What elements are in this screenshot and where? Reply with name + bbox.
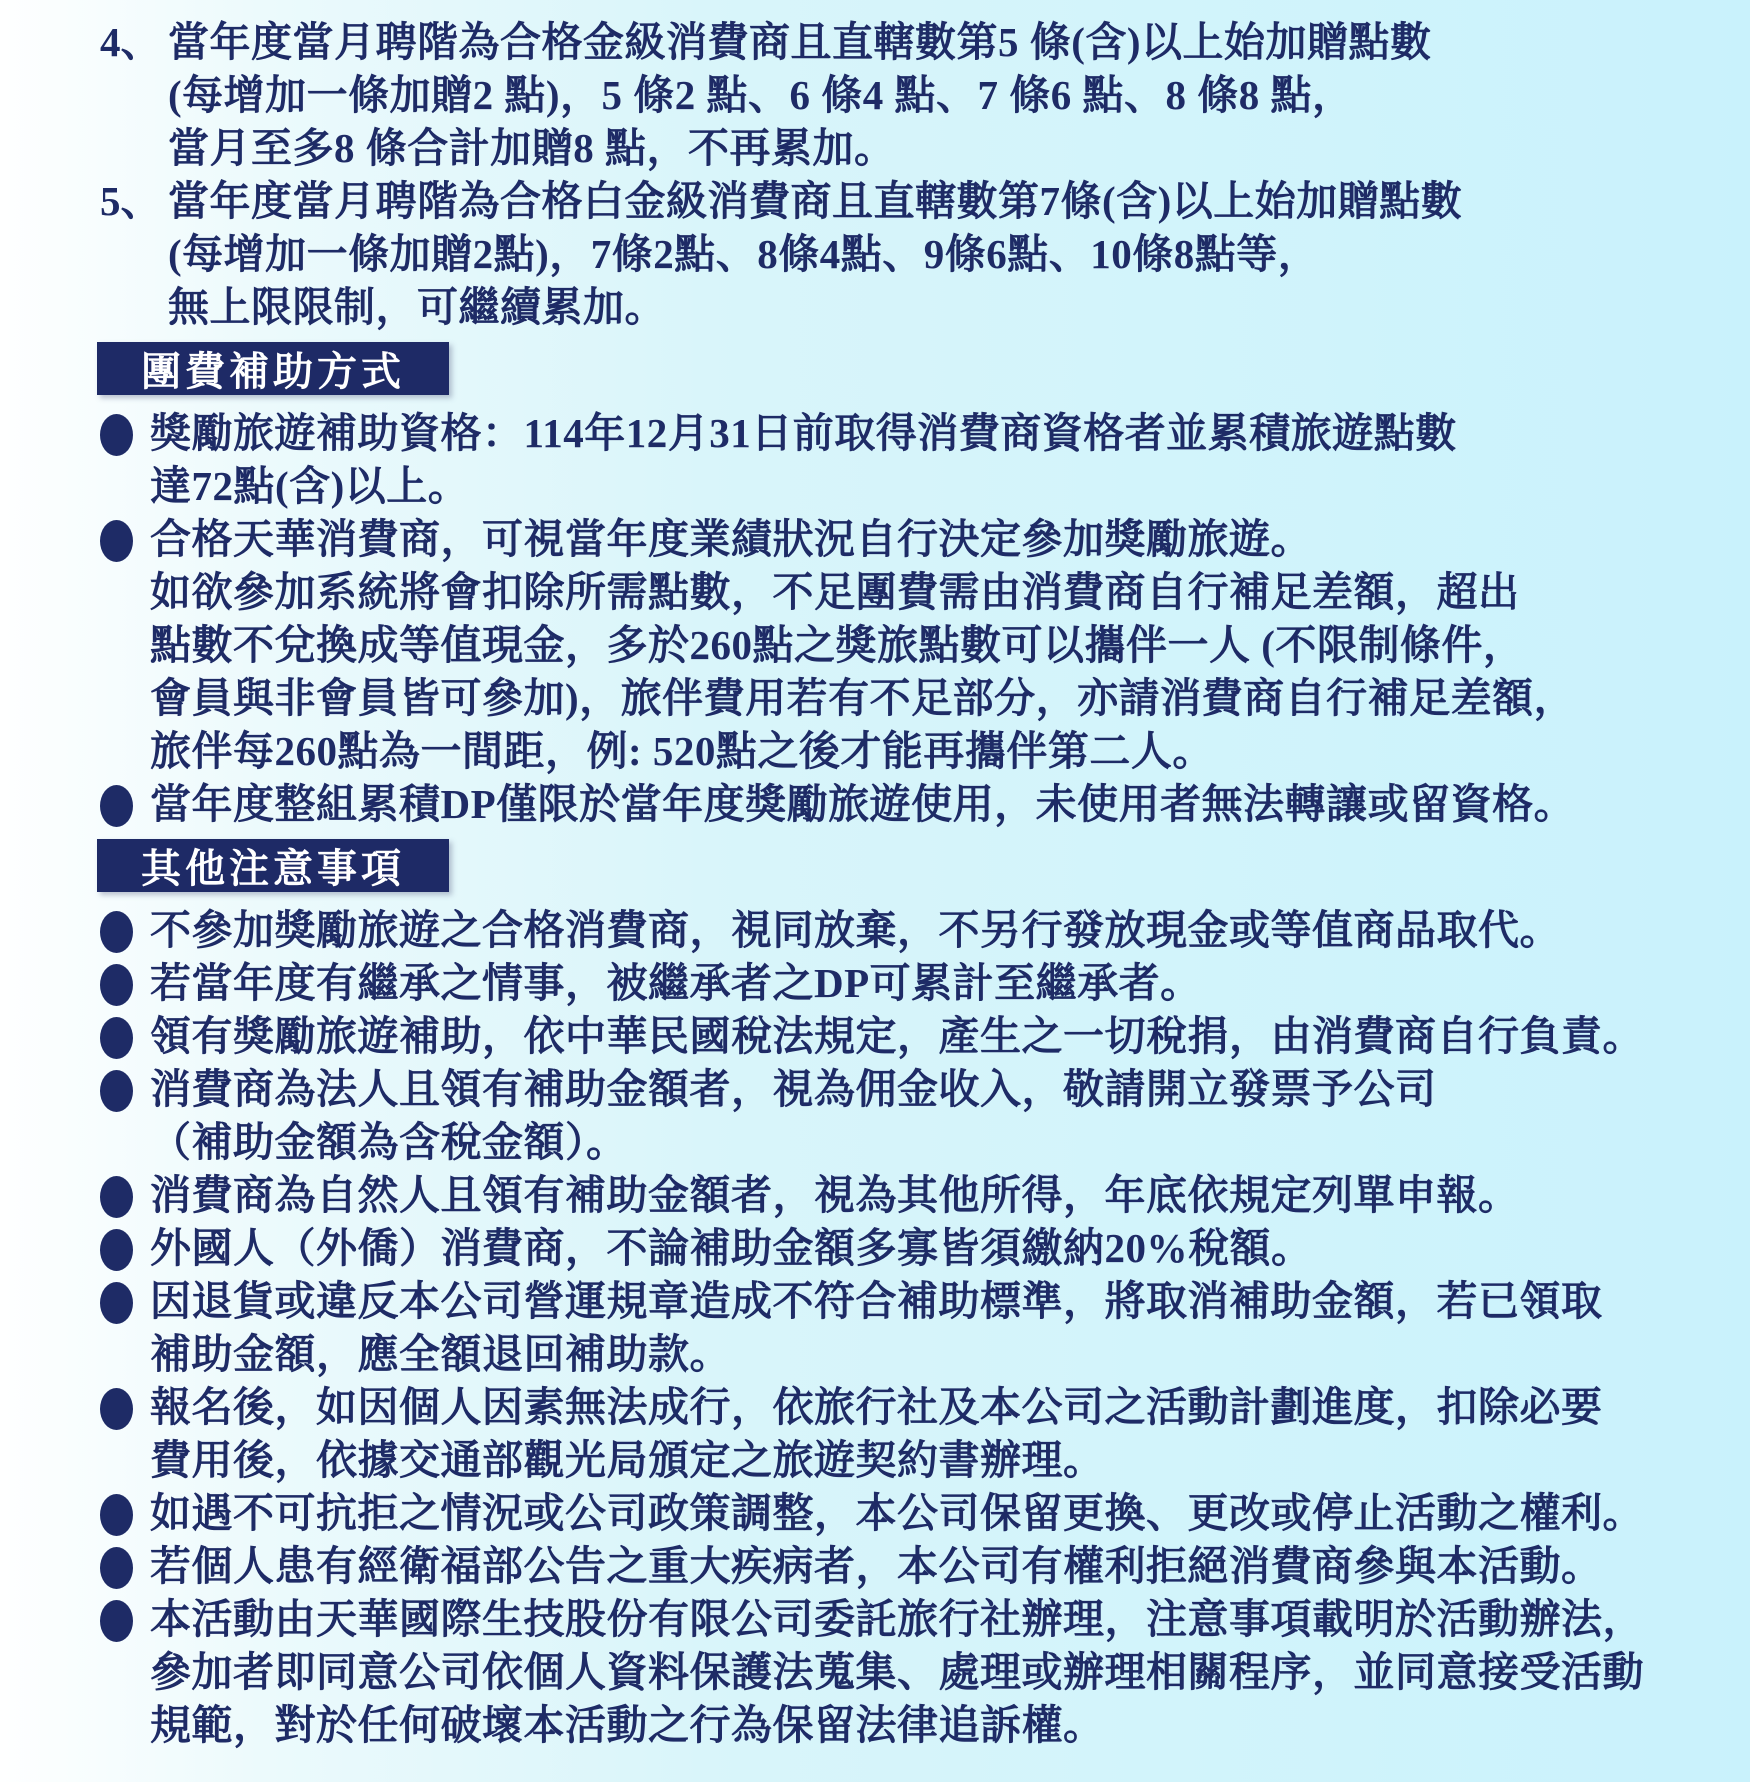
item-number: 4、 <box>100 16 168 69</box>
text-line: 補助金額，應全額退回補助款。 <box>150 1328 1710 1381</box>
text-line: 達72點(含)以上。 <box>150 460 1710 513</box>
item-lines: 消費商為自然人且領有補助金額者，視為其他所得，年底依規定列單申報。 <box>150 1169 1710 1222</box>
text-line: 當年度整組累積DP僅限於當年度獎勵旅遊使用，未使用者無法轉讓或留資格。 <box>150 778 1710 831</box>
item-lines: 若個人患有經衛福部公告之重大疾病者，本公司有權利拒絕消費商參與本活動。 <box>150 1540 1710 1593</box>
item-number: 5、 <box>100 175 168 228</box>
bullet-item: 不參加獎勵旅遊之合格消費商，視同放棄，不另行發放現金或等值商品取代。 <box>100 904 1710 957</box>
text-line: 不參加獎勵旅遊之合格消費商，視同放棄，不另行發放現金或等值商品取代。 <box>150 904 1710 957</box>
item-lines: 合格天華消費商，可視當年度業績狀況自行決定參加獎勵旅遊。如欲參加系統將會扣除所需… <box>150 513 1710 778</box>
text-line: 消費商為法人且領有補助金額者，視為佣金收入，敬請開立發票予公司 <box>150 1063 1710 1116</box>
item-lines: 領有獎勵旅遊補助，依中華民國稅法規定，產生之一切稅捐，由消費商自行負責。 <box>150 1010 1710 1063</box>
bullet-item: 若個人患有經衛福部公告之重大疾病者，本公司有權利拒絕消費商參與本活動。 <box>100 1540 1710 1593</box>
text-line: 若當年度有繼承之情事，被繼承者之DP可累計至繼承者。 <box>150 957 1710 1010</box>
bullet-icon <box>100 520 133 562</box>
bullet-item: 報名後，如因個人因素無法成行，依旅行社及本公司之活動計劃進度，扣除必要費用後，依… <box>100 1381 1710 1487</box>
bullet-icon <box>100 1229 133 1271</box>
text-line: 若個人患有經衛福部公告之重大疾病者，本公司有權利拒絕消費商參與本活動。 <box>150 1540 1710 1593</box>
text-line: 無上限限制，可繼續累加。 <box>168 281 1710 334</box>
text-line: 參加者即同意公司依個人資料保護法蒐集、處理或辦理相關程序，並同意接受活動 <box>150 1646 1710 1699</box>
bullet-icon <box>100 1176 133 1218</box>
bullet-item: 領有獎勵旅遊補助，依中華民國稅法規定，產生之一切稅捐，由消費商自行負責。 <box>100 1010 1710 1063</box>
item-lines: 消費商為法人且領有補助金額者，視為佣金收入，敬請開立發票予公司（補助金額為含稅金… <box>150 1063 1710 1169</box>
section-header-label: 其他注意事項 <box>141 837 405 894</box>
bullet-icon <box>100 1600 133 1642</box>
text-line: 本活動由天華國際生技股份有限公司委託旅行社辦理，注意事項載明於活動辦法， <box>150 1593 1710 1646</box>
text-line: 領有獎勵旅遊補助，依中華民國稅法規定，產生之一切稅捐，由消費商自行負責。 <box>150 1010 1710 1063</box>
item-lines: 當年度當月聘階為合格白金級消費商且直轄數第7條(含)以上始加贈點數(每增加一條加… <box>168 175 1710 334</box>
text-line: 獎勵旅遊補助資格：114年12月31日前取得消費商資格者並累積旅遊點數 <box>150 407 1710 460</box>
item-lines: 本活動由天華國際生技股份有限公司委託旅行社辦理，注意事項載明於活動辦法，參加者即… <box>150 1593 1710 1752</box>
bullet-item: 當年度整組累積DP僅限於當年度獎勵旅遊使用，未使用者無法轉讓或留資格。 <box>100 778 1710 831</box>
bullet-item: 消費商為法人且領有補助金額者，視為佣金收入，敬請開立發票予公司（補助金額為含稅金… <box>100 1063 1710 1169</box>
item-lines: 因退貨或違反本公司營運規章造成不符合補助標準，將取消補助金額，若已領取補助金額，… <box>150 1275 1710 1381</box>
text-line: 規範，對於任何破壞本活動之行為保留法律追訴權。 <box>150 1699 1710 1752</box>
bullet-item: 合格天華消費商，可視當年度業績狀況自行決定參加獎勵旅遊。如欲參加系統將會扣除所需… <box>100 513 1710 778</box>
text-line: 合格天華消費商，可視當年度業績狀況自行決定參加獎勵旅遊。 <box>150 513 1710 566</box>
numbered-item: 4、當年度當月聘階為合格金級消費商且直轄數第5 條(含)以上始加贈點數(每增加一… <box>100 16 1710 175</box>
text-line: 因退貨或違反本公司營運規章造成不符合補助標準，將取消補助金額，若已領取 <box>150 1275 1710 1328</box>
item-lines: 當年度整組累積DP僅限於當年度獎勵旅遊使用，未使用者無法轉讓或留資格。 <box>150 778 1710 831</box>
document-body: 4、當年度當月聘階為合格金級消費商且直轄數第5 條(含)以上始加贈點數(每增加一… <box>0 0 1750 1752</box>
text-line: 消費商為自然人且領有補助金額者，視為其他所得，年底依規定列單申報。 <box>150 1169 1710 1222</box>
bullet-icon <box>100 1282 133 1324</box>
text-line: (每增加一條加贈2點)，7條2點、8條4點、9條6點、10條8點等， <box>168 228 1710 281</box>
bullet-item: 若當年度有繼承之情事，被繼承者之DP可累計至繼承者。 <box>100 957 1710 1010</box>
text-line: 當年度當月聘階為合格白金級消費商且直轄數第7條(含)以上始加贈點數 <box>168 175 1710 228</box>
text-line: 旅伴每260點為一間距，例: 520點之後才能再攜伴第二人。 <box>150 725 1710 778</box>
section-header-label: 團費補助方式 <box>141 340 405 397</box>
section-header: 其他注意事項 <box>97 839 449 892</box>
bullet-icon <box>100 1547 133 1589</box>
item-lines: 如遇不可抗拒之情況或公司政策調整，本公司保留更換、更改或停止活動之權利。 <box>150 1487 1710 1540</box>
bullet-icon <box>100 1017 133 1059</box>
bullet-icon <box>100 785 133 827</box>
numbered-item: 5、當年度當月聘階為合格白金級消費商且直轄數第7條(含)以上始加贈點數(每增加一… <box>100 175 1710 334</box>
text-line: 報名後，如因個人因素無法成行，依旅行社及本公司之活動計劃進度，扣除必要 <box>150 1381 1710 1434</box>
section-header: 團費補助方式 <box>97 342 449 395</box>
bullet-item: 外國人（外僑）消費商，不論補助金額多寡皆須繳納20%稅額。 <box>100 1222 1710 1275</box>
item-lines: 當年度當月聘階為合格金級消費商且直轄數第5 條(含)以上始加贈點數(每增加一條加… <box>168 16 1710 175</box>
text-line: 外國人（外僑）消費商，不論補助金額多寡皆須繳納20%稅額。 <box>150 1222 1710 1275</box>
text-line: 會員與非會員皆可參加)，旅伴費用若有不足部分，亦請消費商自行補足差額， <box>150 672 1710 725</box>
bullet-icon <box>100 1388 133 1430</box>
bullet-icon <box>100 414 133 456</box>
text-line: 當年度當月聘階為合格金級消費商且直轄數第5 條(含)以上始加贈點數 <box>168 16 1710 69</box>
bullet-item: 本活動由天華國際生技股份有限公司委託旅行社辦理，注意事項載明於活動辦法，參加者即… <box>100 1593 1710 1752</box>
item-lines: 不參加獎勵旅遊之合格消費商，視同放棄，不另行發放現金或等值商品取代。 <box>150 904 1710 957</box>
item-lines: 獎勵旅遊補助資格：114年12月31日前取得消費商資格者並累積旅遊點數達72點(… <box>150 407 1710 513</box>
bullet-icon <box>100 964 133 1006</box>
bullet-icon <box>100 1070 133 1112</box>
bullet-icon <box>100 1494 133 1536</box>
text-line: 當月至多8 條合計加贈8 點，不再累加。 <box>168 122 1710 175</box>
item-lines: 若當年度有繼承之情事，被繼承者之DP可累計至繼承者。 <box>150 957 1710 1010</box>
text-line: （補助金額為含稅金額）。 <box>150 1116 1710 1169</box>
text-line: (每增加一條加贈2 點)，5 條2 點、6 條4 點、7 條6 點、8 條8 點… <box>168 69 1710 122</box>
bullet-item: 如遇不可抗拒之情況或公司政策調整，本公司保留更換、更改或停止活動之權利。 <box>100 1487 1710 1540</box>
item-lines: 報名後，如因個人因素無法成行，依旅行社及本公司之活動計劃進度，扣除必要費用後，依… <box>150 1381 1710 1487</box>
text-line: 點數不兌換成等值現金，多於260點之獎旅點數可以攜伴一人 (不限制條件， <box>150 619 1710 672</box>
text-line: 費用後，依據交通部觀光局頒定之旅遊契約書辦理。 <box>150 1434 1710 1487</box>
text-line: 如欲參加系統將會扣除所需點數，不足團費需由消費商自行補足差額，超出 <box>150 566 1710 619</box>
item-lines: 外國人（外僑）消費商，不論補助金額多寡皆須繳納20%稅額。 <box>150 1222 1710 1275</box>
bullet-item: 因退貨或違反本公司營運規章造成不符合補助標準，將取消補助金額，若已領取補助金額，… <box>100 1275 1710 1381</box>
text-line: 如遇不可抗拒之情況或公司政策調整，本公司保留更換、更改或停止活動之權利。 <box>150 1487 1710 1540</box>
bullet-item: 消費商為自然人且領有補助金額者，視為其他所得，年底依規定列單申報。 <box>100 1169 1710 1222</box>
bullet-icon <box>100 911 133 953</box>
bullet-item: 獎勵旅遊補助資格：114年12月31日前取得消費商資格者並累積旅遊點數達72點(… <box>100 407 1710 513</box>
